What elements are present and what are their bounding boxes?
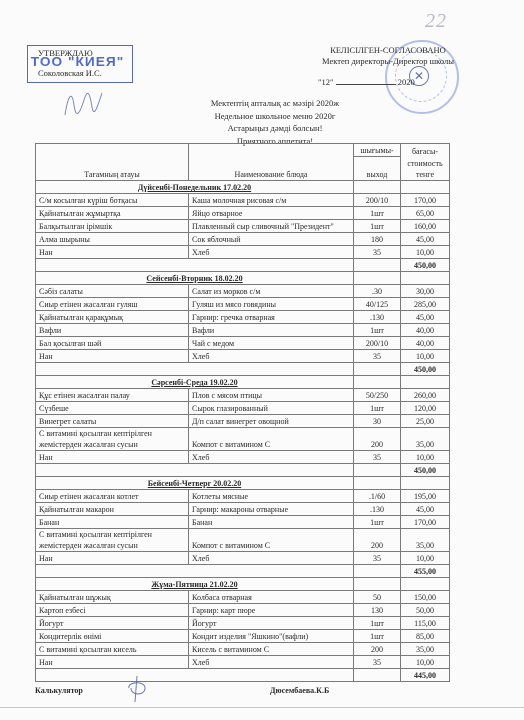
table-row: НанХлеб3510,00 — [36, 656, 450, 669]
dish-name-ru: Гарнир: гречка отварная — [189, 311, 354, 324]
dish-price: 10,00 — [401, 451, 450, 464]
day-total: 450,00 — [401, 363, 450, 376]
dish-name-ru: Банан — [189, 516, 354, 529]
table-row: Сиыр етінен жасалған гуляшГуляш из мясо … — [36, 298, 450, 311]
dish-output: 1шт — [354, 207, 401, 220]
dish-name-kz: Нан — [36, 246, 189, 259]
dish-name-kz: Қайнатылған шұжық — [36, 591, 189, 604]
agreed-block: КЕЛІСІЛГЕН-СОГЛАСОВАНО Мектеп директоры-… — [318, 45, 458, 88]
dish-name-ru: Вафли — [189, 324, 354, 337]
table-row: Қайнатылған жұмыртқаЯйцо отварное1шт65,0… — [36, 207, 450, 220]
day-total-row: 450,00 — [36, 464, 450, 477]
director-position: Мектеп директоры-Директор школы — [318, 56, 458, 67]
empty-cell — [354, 376, 401, 389]
empty-cell — [36, 565, 354, 578]
day-total: 450,00 — [401, 464, 450, 477]
table-row: С витамині қосылған кисельКисель с витам… — [36, 643, 450, 656]
dish-output: 30 — [354, 415, 401, 428]
dish-name-kz: Қайнатылған макарон — [36, 503, 189, 516]
dish-name-kz: Сиыр етінен жасалған котлет — [36, 490, 189, 503]
dish-output: 180 — [354, 233, 401, 246]
day-total-row: 445,00 — [36, 669, 450, 682]
dish-name-kz: Нан — [36, 451, 189, 464]
day-title: Сейсенбі-Вторник 18.02.20 — [146, 274, 242, 283]
title-ru: Недельное школьное меню 2020г — [150, 110, 400, 123]
empty-cell — [354, 477, 401, 490]
table-row: Сиыр етінен жасалған котлетКотлеты мясны… — [36, 490, 450, 503]
dish-price: 285,00 — [401, 298, 450, 311]
dish-name-kz: Бал қосылған шәй — [36, 337, 189, 350]
table-row: ЙогуртЙогурт1шт115,00 — [36, 617, 450, 630]
dish-output: 1шт — [354, 220, 401, 233]
table-row: Құс етінен жасалған палауПлов с мясом пт… — [36, 389, 450, 402]
table-row: Қайнатылған макаронГарнир: макароны отва… — [36, 503, 450, 516]
dish-name-ru: Д/п салат винегрет овощной — [189, 415, 354, 428]
agreed-date-year: 2020 — [398, 77, 415, 87]
empty-cell — [401, 477, 450, 490]
approver-name: Соколовская И.С. — [38, 68, 132, 78]
dish-name-kz: Нан — [36, 552, 189, 565]
dish-price: 160,00 — [401, 220, 450, 233]
calculator-name: Дюсембаева.К.Б — [270, 686, 329, 695]
dish-price: 40,00 — [401, 337, 450, 350]
dish-output: 50/250 — [354, 389, 401, 402]
dish-name-ru: Салат из морков с/м — [189, 285, 354, 298]
dish-output: 1шт — [354, 516, 401, 529]
empty-cell — [354, 272, 401, 285]
header-output-top: шығымы- — [354, 144, 401, 157]
dish-name-ru: Колбаса отварная — [189, 591, 354, 604]
dish-price: 120,00 — [401, 402, 450, 415]
empty-cell — [354, 259, 401, 272]
dish-price: 40,00 — [401, 324, 450, 337]
dish-name-ru: Сок яблочный — [189, 233, 354, 246]
dish-name-kz: Сүзбеше — [36, 402, 189, 415]
empty-cell — [36, 363, 354, 376]
weekly-menu-table: Тағамның атауы Наименование блюда шығымы… — [35, 143, 450, 682]
dish-name-kz: Банан — [36, 516, 189, 529]
dish-output: 1шт — [354, 324, 401, 337]
dish-name-kz: Сиыр етінен жасалған гуляш — [36, 298, 189, 311]
table-row: С витамині қосылған кептірілген жемістер… — [36, 529, 450, 552]
dish-output: 130 — [354, 604, 401, 617]
dish-output: 1шт — [354, 617, 401, 630]
dish-output: 50 — [354, 591, 401, 604]
dish-price: 150,00 — [401, 591, 450, 604]
day-total: 455,00 — [401, 565, 450, 578]
dish-name-ru: Гарнир: макароны отварные — [189, 503, 354, 516]
dish-name-kz: Вафли — [36, 324, 189, 337]
day-title: Дүйсенбі-Понедельник 17.02.20 — [138, 183, 251, 192]
dish-price: 85,00 — [401, 630, 450, 643]
dish-output: 200/10 — [354, 194, 401, 207]
dish-name-kz: Балқытылған ірімшік — [36, 220, 189, 233]
company-stamp: ТОО "КИЕЯ" — [31, 57, 125, 67]
dish-name-ru: Яйцо отварное — [189, 207, 354, 220]
dish-name-ru: Каша молочная рисовая с/м — [189, 194, 354, 207]
table-row: НанХлеб3510,00 — [36, 552, 450, 565]
table-row: Бал қосылған шәйЧай с медом200/1040,00 — [36, 337, 450, 350]
empty-cell — [401, 578, 450, 591]
dish-name-kz: Йогурт — [36, 617, 189, 630]
dish-name-ru: Гуляш из мясо говядины — [189, 298, 354, 311]
approval-stamp-box: УТВЕРЖДАЮ ТОО "КИЕЯ" Соколовская И.С. — [27, 45, 133, 83]
dish-output: 1шт — [354, 402, 401, 415]
dish-name-ru: Сырок глазированный — [189, 402, 354, 415]
dish-name-kz: Қайнатылған жұмыртқа — [36, 207, 189, 220]
dish-price: 45,00 — [401, 503, 450, 516]
dish-price: 170,00 — [401, 516, 450, 529]
title-kz: Мектептің апталық ас мәзірі 2020ж — [150, 97, 400, 110]
dish-price: 10,00 — [401, 350, 450, 363]
dish-output: 200 — [354, 529, 401, 552]
empty-cell — [401, 272, 450, 285]
empty-cell — [401, 181, 450, 194]
empty-cell — [354, 669, 401, 682]
day-title-cell: Дүйсенбі-Понедельник 17.02.20 — [36, 181, 354, 194]
calculator-label: Калькулятор — [35, 686, 83, 695]
dish-name-ru: Хлеб — [189, 451, 354, 464]
day-header-row: Сәрсенбі-Среда 19.02.20 — [36, 376, 450, 389]
dish-price: 35,00 — [401, 529, 450, 552]
dish-name-ru: Компот с витамином С — [189, 529, 354, 552]
approver-signature-icon — [60, 85, 110, 120]
dish-price: 45,00 — [401, 311, 450, 324]
empty-cell — [354, 565, 401, 578]
dish-name-ru: Компот с витамином С — [189, 428, 354, 451]
dish-name-ru: Плавленный сыр сливочный "Президент" — [189, 220, 354, 233]
dish-name-ru: Плов с мясом птицы — [189, 389, 354, 402]
dish-output: 200 — [354, 428, 401, 451]
dish-output: 35 — [354, 552, 401, 565]
dish-name-kz: С витамині қосылған кептірілген жемістер… — [36, 428, 189, 451]
table-row: Кондитерлік өніміКондит изделия "Яшкино"… — [36, 630, 450, 643]
empty-cell — [354, 464, 401, 477]
dish-output: .130 — [354, 311, 401, 324]
day-total: 445,00 — [401, 669, 450, 682]
dish-price: 30,00 — [401, 285, 450, 298]
table-row: НанХлеб3510,00 — [36, 451, 450, 464]
table-row: С витамині қосылған кептірілген жемістер… — [36, 428, 450, 451]
dish-price: 35,00 — [401, 428, 450, 451]
dish-output: 1шт — [354, 630, 401, 643]
day-header-row: Бейсенбі-Четверг 20.02.20 — [36, 477, 450, 490]
dish-name-kz: Картоп езбесі — [36, 604, 189, 617]
dish-price: 115,00 — [401, 617, 450, 630]
dish-output: .130 — [354, 503, 401, 516]
header-price-top: бағасы- — [401, 144, 450, 157]
dish-name-kz: С витамині қосылған кептірілген жемістер… — [36, 529, 189, 552]
dish-output: .1/60 — [354, 490, 401, 503]
table-row: Картоп езбесіГарнир: карт пюре13050,00 — [36, 604, 450, 617]
calculator-signature-icon — [125, 674, 150, 704]
dish-name-ru: Кондит изделия "Яшкино"(вафли) — [189, 630, 354, 643]
empty-cell — [354, 181, 401, 194]
page-number: 22 — [425, 10, 447, 33]
dish-output: 35 — [354, 656, 401, 669]
table-row: ВафлиВафли1шт40,00 — [36, 324, 450, 337]
agreed-date-day: "12" — [318, 77, 333, 87]
empty-cell — [354, 578, 401, 591]
dish-price: 50,00 — [401, 604, 450, 617]
agreed-date: "12" 2020 — [318, 77, 458, 88]
greeting-kz: Астарыңыз дәмді болсын! — [150, 122, 400, 135]
dish-price: 195,00 — [401, 490, 450, 503]
table-row: Қайнатылған шұжықКолбаса отварная50150,0… — [36, 591, 450, 604]
dish-name-ru: Чай с медом — [189, 337, 354, 350]
dish-price: 10,00 — [401, 656, 450, 669]
dish-name-ru: Хлеб — [189, 656, 354, 669]
day-header-row: Жұма-Пятница 21.02.20 — [36, 578, 450, 591]
page-edge-divider — [0, 707, 524, 708]
day-total-row: 455,00 — [36, 565, 450, 578]
dish-price: 170,00 — [401, 194, 450, 207]
day-title-cell: Жұма-Пятница 21.02.20 — [36, 578, 354, 591]
dish-name-kz: Сәбіз салаты — [36, 285, 189, 298]
table-row: Алма шырыныСок яблочный18045,00 — [36, 233, 450, 246]
day-total-row: 450,00 — [36, 259, 450, 272]
dish-price: 65,00 — [401, 207, 450, 220]
dish-output: 35 — [354, 350, 401, 363]
day-header-row: Сейсенбі-Вторник 18.02.20 — [36, 272, 450, 285]
dish-price: 10,00 — [401, 246, 450, 259]
dish-name-ru: Кисель с витамином С — [189, 643, 354, 656]
day-total-row: 450,00 — [36, 363, 450, 376]
day-title-cell: Бейсенбі-Четверг 20.02.20 — [36, 477, 354, 490]
dish-name-ru: Йогурт — [189, 617, 354, 630]
header-price-bottom: стоимость тенге — [401, 157, 450, 181]
agreed-label: КЕЛІСІЛГЕН-СОГЛАСОВАНО — [318, 45, 458, 56]
dish-output: .30 — [354, 285, 401, 298]
header-dish-ru: Наименование блюда — [189, 144, 354, 181]
table-header-row: Тағамның атауы Наименование блюда шығымы… — [36, 144, 450, 157]
dish-price: 45,00 — [401, 233, 450, 246]
dish-name-kz: Алма шырыны — [36, 233, 189, 246]
table-row: СүзбешеСырок глазированный1шт120,00 — [36, 402, 450, 415]
dish-name-ru: Гарнир: карт пюре — [189, 604, 354, 617]
dish-price: 35,00 — [401, 643, 450, 656]
table-row: Сәбіз салатыСалат из морков с/м.3030,00 — [36, 285, 450, 298]
header-dish-kz: Тағамның атауы — [36, 144, 189, 181]
menu-titles: Мектептің апталық ас мәзірі 2020ж Недель… — [150, 97, 400, 147]
dish-name-kz: Нан — [36, 350, 189, 363]
day-total: 450,00 — [401, 259, 450, 272]
dish-name-kz: Құс етінен жасалған палау — [36, 389, 189, 402]
day-title-cell: Сейсенбі-Вторник 18.02.20 — [36, 272, 354, 285]
dish-price: 260,00 — [401, 389, 450, 402]
dish-name-kz: С/м косылған күріш ботқасы — [36, 194, 189, 207]
dish-name-kz: С витамині қосылған кисель — [36, 643, 189, 656]
empty-cell — [36, 259, 354, 272]
dish-output: 200/10 — [354, 337, 401, 350]
empty-cell — [36, 464, 354, 477]
dish-output: 35 — [354, 246, 401, 259]
dish-output: 35 — [354, 451, 401, 464]
dish-name-kz: Кондитерлік өнімі — [36, 630, 189, 643]
dish-output: 200 — [354, 643, 401, 656]
dish-name-kz: Қайнатылған қарақұмық — [36, 311, 189, 324]
table-row: НанХлеб3510,00 — [36, 350, 450, 363]
table-row: Балқытылған ірімшікПлавленный сыр сливоч… — [36, 220, 450, 233]
dish-price: 10,00 — [401, 552, 450, 565]
table-row: С/м косылған күріш ботқасыКаша молочная … — [36, 194, 450, 207]
empty-cell — [354, 363, 401, 376]
dish-name-kz: Винегрет салаты — [36, 415, 189, 428]
dish-name-ru: Хлеб — [189, 246, 354, 259]
table-row: Қайнатылған қарақұмықГарнир: гречка отва… — [36, 311, 450, 324]
day-title-cell: Сәрсенбі-Среда 19.02.20 — [36, 376, 354, 389]
empty-cell — [401, 376, 450, 389]
dish-name-ru: Котлеты мясные — [189, 490, 354, 503]
empty-cell — [36, 669, 354, 682]
day-title: Сәрсенбі-Среда 19.02.20 — [151, 378, 237, 387]
table-row: БананБанан1шт170,00 — [36, 516, 450, 529]
table-row: НанХлеб3510,00 — [36, 246, 450, 259]
header-output-bottom: выход — [354, 157, 401, 181]
dish-output: 40/125 — [354, 298, 401, 311]
day-header-row: Дүйсенбі-Понедельник 17.02.20 — [36, 181, 450, 194]
day-title: Бейсенбі-Четверг 20.02.20 — [148, 479, 241, 488]
table-row: Винегрет салатыД/п салат винегрет овощно… — [36, 415, 450, 428]
dish-name-kz: Нан — [36, 656, 189, 669]
dish-name-ru: Хлеб — [189, 350, 354, 363]
dish-name-ru: Хлеб — [189, 552, 354, 565]
day-title: Жұма-Пятница 21.02.20 — [151, 580, 237, 589]
dish-price: 25,00 — [401, 415, 450, 428]
